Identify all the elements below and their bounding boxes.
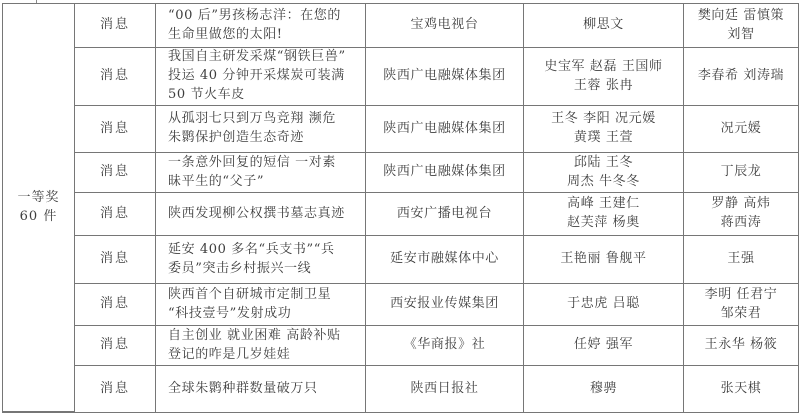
organization-cell: 陕西广电融媒体集团 bbox=[366, 48, 524, 106]
editors-cell: 况元媛 bbox=[684, 106, 798, 153]
title-cell: 全球朱鹮种群数量破万只 bbox=[156, 366, 366, 412]
type-cell: 消息 bbox=[75, 106, 156, 153]
title-cell: 延安 400 多名“兵支书”“兵 委员”突击乡村振兴一线 bbox=[156, 236, 366, 284]
type-cell: 消息 bbox=[75, 236, 156, 284]
title-cell: 我国自主研发采煤“钢铁巨兽” 投运 40 分钟开采煤炭可装满 50 节火车皮 bbox=[156, 48, 366, 106]
organization-cell: 宝鸡电视台 bbox=[366, 4, 524, 48]
type-cell: 消息 bbox=[75, 326, 156, 366]
title-cell: 陕西发现柳公权撰书墓志真迹 bbox=[156, 193, 366, 236]
type-cell: 消息 bbox=[75, 4, 156, 48]
authors-cell: 邱陆 王冬 周杰 牛冬冬 bbox=[524, 153, 684, 193]
authors-cell: 王艳丽 鲁舰平 bbox=[524, 236, 684, 284]
title-cell: 自主创业 就业困难 高龄补贴 登记的咋是几岁娃娃 bbox=[156, 326, 366, 366]
organization-cell: 陕西广电融媒体集团 bbox=[366, 153, 524, 193]
editors-cell: 王强 bbox=[684, 236, 798, 284]
editors-cell: 王永华 杨筱 bbox=[684, 326, 798, 366]
editors-cell: 张天棋 bbox=[684, 366, 798, 412]
type-cell: 消息 bbox=[75, 48, 156, 106]
organization-cell: 陕西日报社 bbox=[366, 366, 524, 412]
title-cell: 陕西首个自研城市定制卫星 “科技壹号”发射成功 bbox=[156, 284, 366, 326]
organization-cell: 西安报业传媒集团 bbox=[366, 284, 524, 326]
editors-cell: 丁辰龙 bbox=[684, 153, 798, 193]
organization-cell: 西安广播电视台 bbox=[366, 193, 524, 236]
document-page: 一等奖 60 件 消息 “00 后”男孩杨志洋：在您的 生命里做您的太阳! 宝鸡… bbox=[0, 0, 800, 413]
editors-cell: 罗静 高炜 蒋西涛 bbox=[684, 193, 798, 236]
title-cell: 一条意外回复的短信 一对素 昧平生的“父子” bbox=[156, 153, 366, 193]
organization-cell: 《华商报》社 bbox=[366, 326, 524, 366]
type-cell: 消息 bbox=[75, 366, 156, 412]
authors-cell: 穆骋 bbox=[524, 366, 684, 412]
authors-cell: 史宝军 赵磊 王国师 王蓉 张冉 bbox=[524, 48, 684, 106]
authors-cell: 王冬 李阳 况元媛 黄璞 王萱 bbox=[524, 106, 684, 153]
authors-cell: 任婷 强军 bbox=[524, 326, 684, 366]
type-cell: 消息 bbox=[75, 193, 156, 236]
authors-cell: 柳思文 bbox=[524, 4, 684, 48]
editors-cell: 樊向廷 雷慎策 刘智 bbox=[684, 4, 798, 48]
organization-cell: 陕西广电融媒体集团 bbox=[366, 106, 524, 153]
award-category-cell: 一等奖 60 件 bbox=[3, 4, 75, 412]
editors-cell: 李春希 刘涛瑞 bbox=[684, 48, 798, 106]
type-cell: 消息 bbox=[75, 153, 156, 193]
authors-cell: 于忠虎 吕聪 bbox=[524, 284, 684, 326]
authors-cell: 高峰 王建仁 赵芙萍 杨奥 bbox=[524, 193, 684, 236]
title-cell: 从孤羽七只到万鸟竞翔 濒危 朱鹮保护创造生态奇迹 bbox=[156, 106, 366, 153]
type-cell: 消息 bbox=[75, 284, 156, 326]
editors-cell: 李明 任君宁 邹荣君 bbox=[684, 284, 798, 326]
award-winners-table: 一等奖 60 件 消息 “00 后”男孩杨志洋：在您的 生命里做您的太阳! 宝鸡… bbox=[2, 3, 799, 413]
organization-cell: 延安市融媒体中心 bbox=[366, 236, 524, 284]
title-cell: “00 后”男孩杨志洋：在您的 生命里做您的太阳! bbox=[156, 4, 366, 48]
